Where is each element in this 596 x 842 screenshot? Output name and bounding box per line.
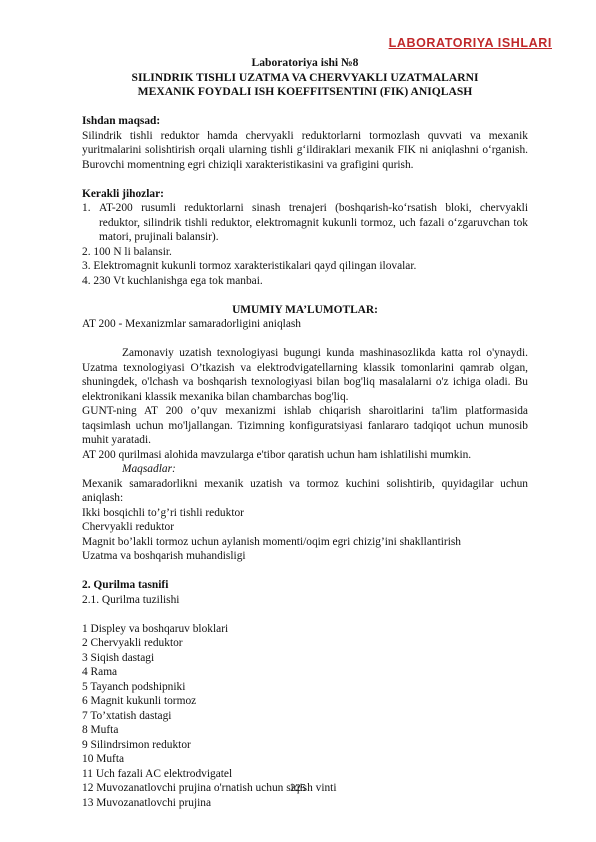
general-paragraph-1: Zamonaviy uzatish texnologiyasi bugungi … <box>82 346 528 404</box>
section2-subheading: 2.1. Qurilma tuzilishi <box>82 593 528 608</box>
general-paragraph-2: GUNT-ning AT 200 o’quv mexanizmi ishlab … <box>82 404 528 448</box>
equipment-item: 3. Elektromagnit kukunli tormoz xarakter… <box>82 259 528 274</box>
equipment-heading: Kerakli jihozlar: <box>82 187 528 202</box>
part-item: 10 Mufta <box>82 752 528 767</box>
parts-list: 1 Displey va boshqaruv bloklari 2 Chervy… <box>82 622 528 811</box>
goals-intro: Mexanik samaradorlikni mexanik uzatish v… <box>82 477 528 506</box>
goal-item: Uzatma va boshqarish muhandisligi <box>82 549 528 564</box>
page-number: 225 <box>0 783 596 794</box>
part-item: 5 Tayanch podshipniki <box>82 680 528 695</box>
equipment-item-number: 1. <box>82 201 95 245</box>
part-item: 9 Silindrsimon reduktor <box>82 738 528 753</box>
part-item: 2 Chervyakli reduktor <box>82 636 528 651</box>
equipment-item: 2. 100 N li balansir. <box>82 245 528 260</box>
equipment-item-number: 3. <box>82 260 91 272</box>
purpose-text: Silindrik tishli reduktor hamda chervyak… <box>82 129 528 173</box>
part-item: 3 Siqish dastagi <box>82 651 528 666</box>
main-title-line-2: MEXANIK FOYDALI ISH KOEFFITSENTINI (FIK)… <box>82 85 528 100</box>
part-item: 8 Mufta <box>82 723 528 738</box>
equipment-item: 1. AT-200 rusumli reduktorlarni sinash t… <box>82 201 528 245</box>
equipment-item-text: AT-200 rusumli reduktorlarni sinash tren… <box>95 201 528 245</box>
part-item: 7 To’xtatish dastagi <box>82 709 528 724</box>
section2-heading: 2. Qurilma tasnifi <box>82 578 528 593</box>
page-content: Laboratoriya ishi №8 SILINDRIK TISHLI UZ… <box>82 56 528 810</box>
goal-item: Chervyakli reduktor <box>82 520 528 535</box>
general-heading: UMUMIY MA’LUMOTLAR: <box>82 303 528 318</box>
equipment-item-number: 4. <box>82 275 91 287</box>
lab-number-title: Laboratoriya ishi №8 <box>82 56 528 71</box>
general-subtitle: AT 200 - Mexanizmlar samaradorligini ani… <box>82 317 528 332</box>
part-item: 1 Displey va boshqaruv bloklari <box>82 622 528 637</box>
part-item: 6 Magnit kukunli tormoz <box>82 694 528 709</box>
equipment-item-text: 230 Vt kuchlanishga ega tok manbai. <box>93 275 262 287</box>
running-header: Laboratoriya ishlari <box>389 36 552 50</box>
goal-item: Magnit bo’lakli tormoz uchun aylanish mo… <box>82 535 528 550</box>
goals-label: Maqsadlar: <box>82 462 528 477</box>
part-item: 4 Rama <box>82 665 528 680</box>
part-item: 11 Uch fazali AC elektrodvigatel <box>82 767 528 782</box>
equipment-item-number: 2. <box>82 246 91 258</box>
general-paragraph-3: AT 200 qurilmasi alohida mavzularga e'ti… <box>82 448 528 463</box>
purpose-heading: Ishdan maqsad: <box>82 114 528 129</box>
equipment-item-text: Elektromagnit kukunli tormoz xarakterist… <box>93 260 416 272</box>
equipment-item-text: 100 N li balansir. <box>93 246 171 258</box>
main-title-line-1: SILINDRIK TISHLI UZATMA VA CHERVYAKLI UZ… <box>82 71 528 86</box>
goal-item: Ikki bosqichli to’g’ri tishli reduktor <box>82 506 528 521</box>
equipment-item: 4. 230 Vt kuchlanishga ega tok manbai. <box>82 274 528 289</box>
part-item: 13 Muvozanatlovchi prujina <box>82 796 528 811</box>
